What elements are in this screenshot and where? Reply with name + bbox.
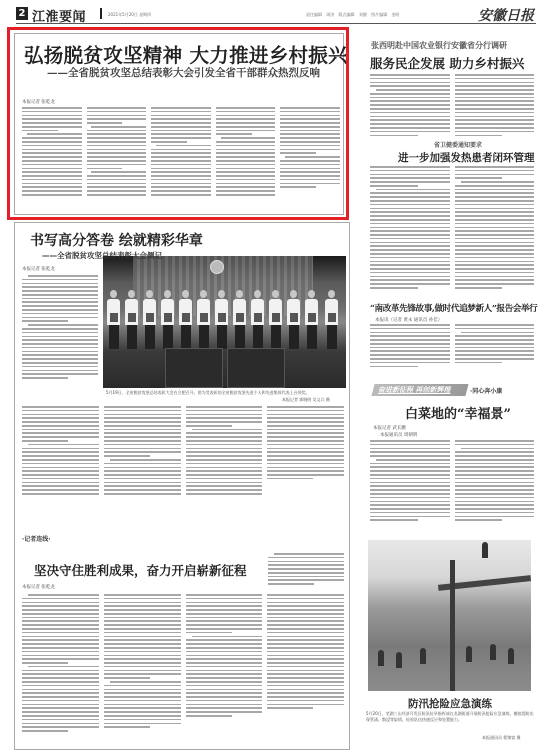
- drill-credit: 本报通讯员 程锦富 摄: [482, 735, 521, 741]
- drill-worker: [378, 650, 384, 666]
- date-line: 2021年5月20日 星期四: [108, 12, 151, 18]
- section-divider: [100, 8, 102, 19]
- photo-story-byline: 本报记者 张乾龙: [22, 266, 55, 272]
- photo-story-body: [22, 406, 344, 504]
- lead-headline[interactable]: 弘扬脱贫攻坚精神 大力推进乡村振兴: [24, 40, 348, 68]
- feature-byline-1: 本报记者 武长鹏: [373, 425, 406, 431]
- awardee: [233, 290, 246, 352]
- awardee: [143, 290, 156, 352]
- page-number: 2: [16, 7, 28, 20]
- lead-byline: 本报记者 张乾龙: [22, 99, 55, 105]
- awardee: [269, 290, 282, 352]
- drill-worker: [482, 542, 488, 558]
- flood-drill-photo[interactable]: [368, 540, 531, 691]
- podium: [165, 348, 223, 388]
- drill-pole: [450, 560, 455, 691]
- page-masthead: 2 江淮要闻 2021年5月20日 星期四 责任编辑 周济 版式编辑 刘健 图片…: [16, 6, 536, 24]
- photo-story-subheadline: ——全省脱贫攻坚总结表彰大会侧记: [42, 250, 162, 261]
- drill-worker: [396, 652, 402, 668]
- lead-subheadline: ——全省脱贫攻坚总结表彰大会引发全省干部群众热烈反响: [47, 65, 320, 80]
- feature-banner-text: 奋进新征程 再创新辉煌: [378, 385, 450, 395]
- drill-worker: [466, 646, 472, 662]
- right-article-3-headline[interactable]: “南改革先锋故事,做时代追梦新人”报告会举行: [370, 302, 537, 314]
- drill-worker: [490, 644, 496, 660]
- right-article-2-kicker: 省卫健委通知要求: [434, 140, 482, 149]
- awardee: [179, 290, 192, 352]
- reporter-column-label: ·记者连线·: [22, 534, 51, 543]
- drill-worker: [508, 648, 514, 664]
- awardee: [325, 290, 338, 352]
- reporter-column-byline: 本报记者 张乾龙: [22, 584, 55, 590]
- right-article-2-headline[interactable]: 进一步加强发热患者闭环管理: [398, 150, 535, 165]
- right-article-3-body: [370, 324, 534, 376]
- feature-body: [370, 440, 534, 536]
- newspaper-logo: 安徽日报: [478, 5, 534, 25]
- editor-credits: 责任编辑 周济 版式编辑 刘健 图片编辑 金明: [306, 12, 399, 18]
- awardee: [107, 290, 120, 352]
- ceremony-photo-caption: 5月19日，全省脱贫攻坚总结表彰大会在合肥召开。图为受表彰的全省脱贫攻坚先进个人…: [106, 390, 344, 396]
- awardee: [251, 290, 264, 352]
- drill-headline[interactable]: 防汛抢险应急演练: [408, 696, 492, 711]
- feature-banner-suffix: ·同心奔小康: [470, 386, 502, 395]
- awardee: [305, 290, 318, 352]
- drill-worker: [420, 648, 426, 664]
- photo-story-headline[interactable]: 书写高分答卷 绘就精彩华章: [30, 230, 203, 250]
- photo-story-body-left: [22, 275, 98, 385]
- feature-headline[interactable]: 白菜地的“幸福景”: [405, 403, 511, 422]
- awardee: [197, 290, 210, 352]
- lead-body-text: [22, 107, 340, 211]
- reporter-column-headline[interactable]: 坚决守住胜利成果，奋力开启崭新征程: [34, 561, 247, 579]
- reporter-column-body: [22, 594, 344, 744]
- awardee: [125, 290, 138, 352]
- awardee: [161, 290, 174, 352]
- reporter-column-intro: [268, 553, 344, 593]
- right-article-3-byline: 本报讯（记者 黄永 通讯员 孙佳）: [375, 317, 442, 323]
- right-article-2-body: [370, 166, 534, 301]
- right-article-1-headline[interactable]: 服务民企发展 助力乡村振兴: [370, 54, 524, 72]
- right-article-1-kicker: 张西明赴中国农业银行安徽省分行调研: [371, 40, 507, 51]
- awardee: [215, 290, 228, 352]
- ceremony-photo-credit: 本报记者 郭晓明 吴文兵 摄: [282, 397, 330, 403]
- national-emblem: [210, 260, 224, 274]
- feature-byline-2: 本报通讯员 周朝明: [380, 432, 417, 438]
- ceremony-photo[interactable]: [103, 256, 346, 388]
- podium: [227, 348, 285, 388]
- section-name: 江淮要闻: [32, 6, 86, 25]
- drill-caption: 5月20日，芜湖三山经济开发区防汛抗旱指挥部在龙湖街道开展防汛抢险应急演练，模拟…: [366, 711, 534, 723]
- awardee: [287, 290, 300, 352]
